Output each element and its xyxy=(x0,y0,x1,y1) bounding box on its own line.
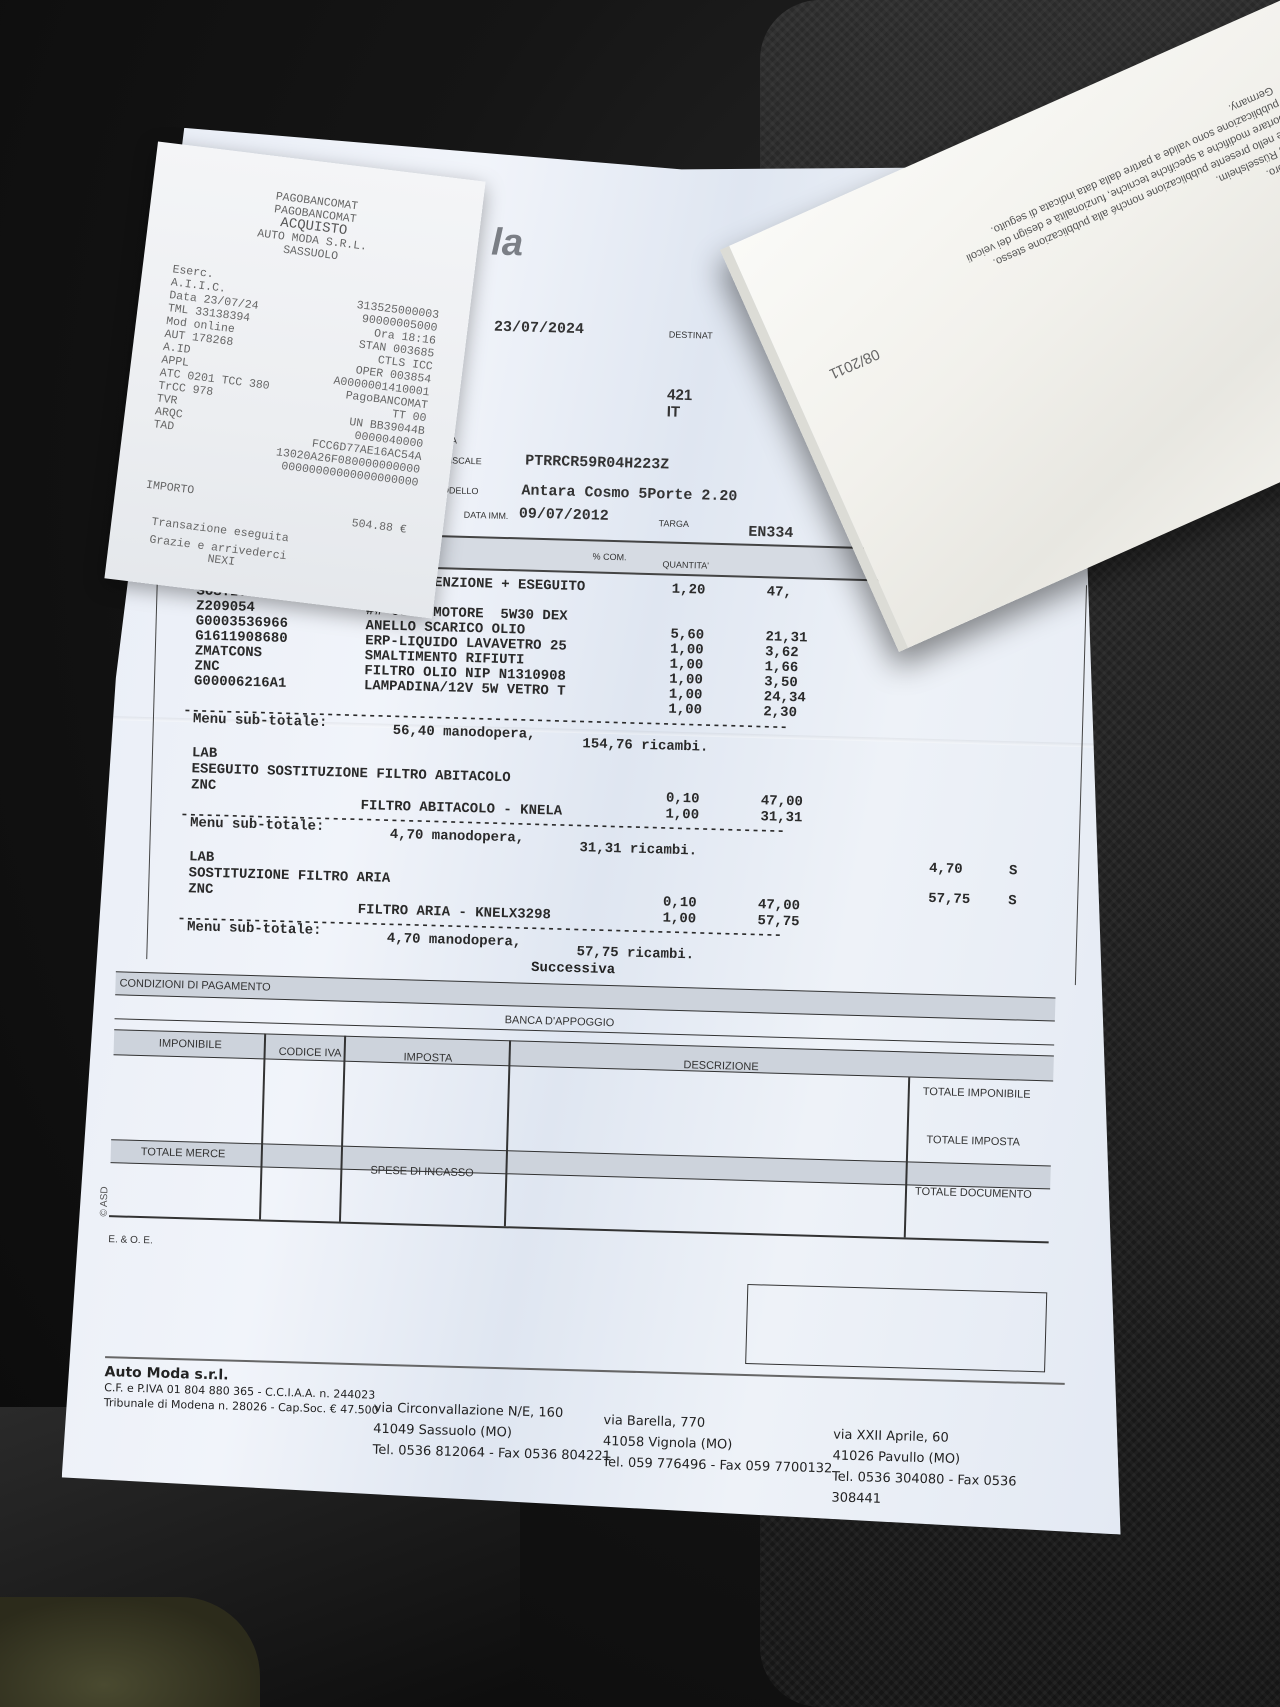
branch-vignola: via Barella, 770 41058 Vignola (MO) Tel.… xyxy=(602,1410,834,1479)
copyright-mark: © ASD xyxy=(99,1186,111,1216)
plate-label: TARGA xyxy=(658,518,689,529)
total-goods-label: TOTALE MERCE xyxy=(141,1146,226,1160)
line-code: ZNC xyxy=(188,881,214,898)
receipt-details: Eserc.A.I.I.C.313525000003Data 23/07/249… xyxy=(150,263,442,489)
subtotal-parts: 31,31 ricambi. xyxy=(579,840,697,859)
dealer-logo: la xyxy=(491,221,524,265)
signature-box xyxy=(745,1284,1047,1372)
destination-label: DESTINAT xyxy=(669,329,713,340)
grid-divider xyxy=(339,1036,346,1222)
jacket-sleeve xyxy=(0,1597,260,1707)
branch-pavullo: via XXII Aprile, 60 41026 Pavullo (MO) T… xyxy=(831,1424,1063,1514)
totals-form: CONDIZIONI DI PAGAMENTO BANCA D'APPOGGIO… xyxy=(109,971,1056,1257)
reg-date-label: DATA IMM. xyxy=(464,510,509,521)
next-page-label: Successiva xyxy=(531,960,615,978)
grid-divider xyxy=(904,1077,910,1237)
line-quantity: 1,20 xyxy=(672,582,706,599)
total-tax-label: TOTALE IMPOSTA xyxy=(926,1134,1020,1149)
description-label: DESCRIZIONE xyxy=(683,1059,758,1073)
col-commission: % COM. xyxy=(592,551,626,562)
col-quantity: QUANTITA' xyxy=(662,559,709,570)
right-total-amount: 4,70 xyxy=(929,861,963,878)
branch-phone: Tel. 0536 304080 - Fax 0536 308441 xyxy=(831,1466,1062,1514)
line-price: 47, xyxy=(766,584,792,601)
line-quantity: 0,10 xyxy=(663,895,697,912)
destination-line-1: 421 xyxy=(667,386,692,404)
taxable-label: IMPONIBILE xyxy=(159,1037,222,1051)
vehicle-model: Antara Cosmo 5Porte 2.20 xyxy=(521,482,737,505)
company-info: Auto Moda s.r.l. C.F. e P.IVA 01 804 880… xyxy=(104,1364,380,1418)
grid-divider xyxy=(259,1033,266,1219)
total-taxable-label: TOTALE IMPONIBILE xyxy=(923,1086,1031,1101)
right-total-flag: S xyxy=(1008,893,1017,909)
line-quantity: 0,10 xyxy=(666,791,700,808)
tax-label: IMPOSTA xyxy=(403,1051,452,1064)
invoice-date: 23/07/2024 xyxy=(494,319,584,339)
collection-fees-label: SPESE DI INCASSO xyxy=(370,1164,474,1179)
right-total-amount: 57,75 xyxy=(928,891,970,908)
pos-receipt: PAGOBANCOMATPAGOBANCOMATACQUISTOAUTO MOD… xyxy=(104,142,485,619)
fiscal-code: PTRRCR59R04H223Z xyxy=(525,452,669,473)
eoe-note: E. & O. E. xyxy=(108,1234,153,1246)
receipt-field xyxy=(151,431,153,444)
line-code: LAB xyxy=(192,745,218,762)
totals-band xyxy=(111,1139,1051,1189)
receipt-field: TAD xyxy=(153,418,175,433)
total-document-label: TOTALE DOCUMENTO xyxy=(915,1186,1032,1201)
grid-divider xyxy=(504,1040,511,1226)
right-total-flag: S xyxy=(1009,863,1018,879)
receipt-field xyxy=(150,444,152,457)
branch-sassuolo: via Circonvallazione N/E, 160 41049 Sass… xyxy=(372,1398,612,1468)
subtotal-parts: 57,75 ricambi. xyxy=(576,944,694,963)
receipt-field xyxy=(440,296,442,309)
grid-bottom xyxy=(109,1215,1049,1243)
receipt-header: PAGOBANCOMATPAGOBANCOMATACQUISTOAUTO MOD… xyxy=(176,179,452,276)
registration-date: 09/07/2012 xyxy=(519,505,609,525)
destination-line-2: IT xyxy=(666,403,680,420)
line-code: ZNC xyxy=(191,777,217,794)
line-price: 47,00 xyxy=(761,793,803,810)
vat-code-label: CODICE IVA xyxy=(279,1046,342,1060)
plate-value: EN334 xyxy=(748,524,793,542)
manual-edition-date: 08/2011 xyxy=(827,345,882,382)
line-price: 47,00 xyxy=(758,897,800,914)
line-code: LAB xyxy=(189,849,215,866)
line-code: G00006216A1 xyxy=(194,673,287,692)
